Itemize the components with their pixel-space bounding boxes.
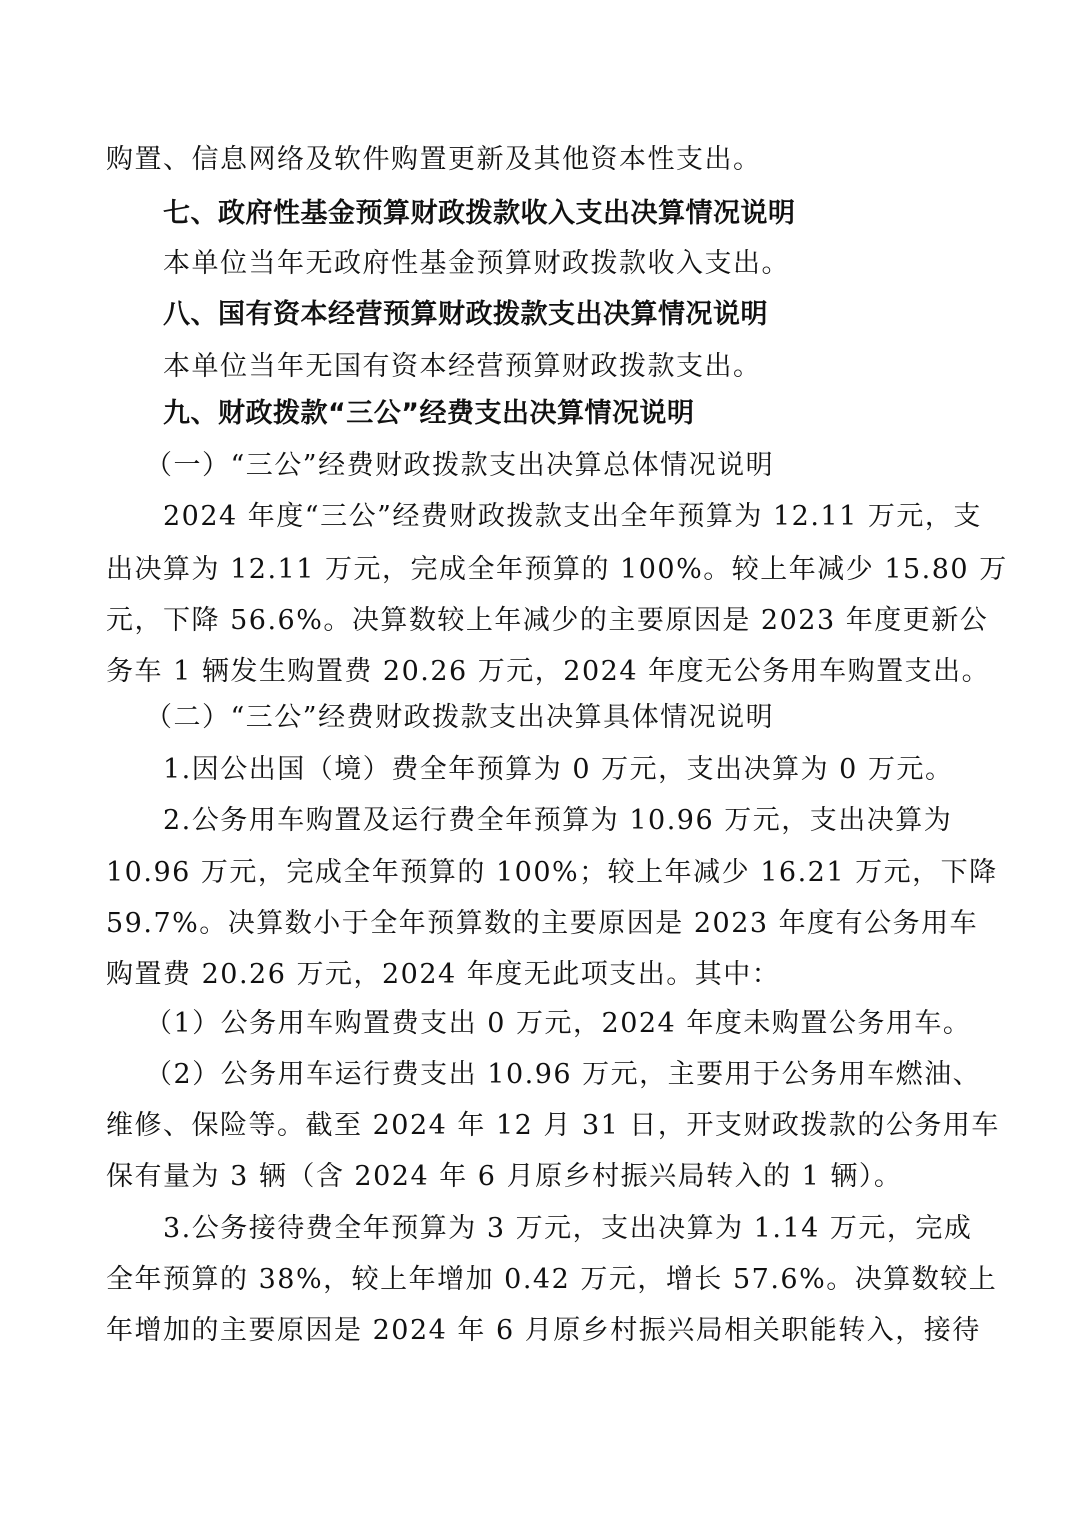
paragraph-line: 2.公务用车购置及运行费全年预算为 10.96 万元，支出决算为 bbox=[163, 803, 943, 839]
paragraph-line: 元，下降 56.6%。决算数较上年减少的主要原因是 2023 年度更新公 bbox=[106, 603, 943, 639]
subsection-heading-1: （一）“三公”经费财政拨款支出决算总体情况说明 bbox=[145, 448, 774, 484]
paragraph-line: 购置、信息网络及软件购置更新及其他资本性支出。 bbox=[106, 142, 762, 178]
subsection-heading-2: （二）“三公”经费财政拨款支出决算具体情况说明 bbox=[145, 700, 774, 736]
paragraph-line: 年增加的主要原因是 2024 年 6 月原乡村振兴局相关职能转入，接待 bbox=[106, 1313, 943, 1349]
paragraph-line: 务车 1 辆发生购置费 20.26 万元，2024 年度无公务用车购置支出。 bbox=[106, 654, 943, 690]
paragraph-line: 本单位当年无国有资本经营预算财政拨款支出。 bbox=[163, 349, 762, 385]
section-heading-7: 七、政府性基金预算财政拨款收入支出决算情况说明 bbox=[163, 196, 796, 232]
paragraph-line: （1）公务用车购置费支出 0 万元，2024 年度未购置公务用车。 bbox=[145, 1006, 971, 1042]
paragraph-line: 全年预算的 38%，较上年增加 0.42 万元，增长 57.6%。决算数较上 bbox=[106, 1262, 943, 1298]
paragraph-line: 出决算为 12.11 万元，完成全年预算的 100%。较上年减少 15.80 万 bbox=[106, 552, 943, 588]
paragraph-line: 10.96 万元，完成全年预算的 100%；较上年减少 16.21 万元，下降 bbox=[106, 855, 943, 891]
document-page: 购置、信息网络及软件购置更新及其他资本性支出。 七、政府性基金预算财政拨款收入支… bbox=[0, 0, 1074, 1520]
paragraph-line: （2）公务用车运行费支出 10.96 万元，主要用于公务用车燃油、 bbox=[145, 1057, 943, 1093]
paragraph-line: 维修、保险等。截至 2024 年 12 月 31 日，开支财政拨款的公务用车 bbox=[106, 1108, 943, 1144]
paragraph-line: 59.7%。决算数小于全年预算数的主要原因是 2023 年度有公务用车 bbox=[106, 906, 943, 942]
section-heading-8: 八、国有资本经营预算财政拨款支出决算情况说明 bbox=[163, 297, 768, 333]
paragraph-line: 3.公务接待费全年预算为 3 万元，支出决算为 1.14 万元，完成 bbox=[163, 1211, 943, 1247]
paragraph-line: 2024 年度“三公”经费财政拨款支出全年预算为 12.11 万元，支 bbox=[163, 499, 943, 535]
paragraph-line: 1.因公出国（境）费全年预算为 0 万元，支出决算为 0 万元。 bbox=[163, 752, 953, 788]
paragraph-line: 保有量为 3 辆（含 2024 年 6 月原乡村振兴局转入的 1 辆）。 bbox=[106, 1159, 902, 1195]
paragraph-line: 本单位当年无政府性基金预算财政拨款收入支出。 bbox=[163, 246, 790, 282]
section-heading-9: 九、财政拨款“三公”经费支出决算情况说明 bbox=[163, 396, 695, 432]
paragraph-line: 购置费 20.26 万元，2024 年度无此项支出。其中： bbox=[106, 957, 780, 993]
